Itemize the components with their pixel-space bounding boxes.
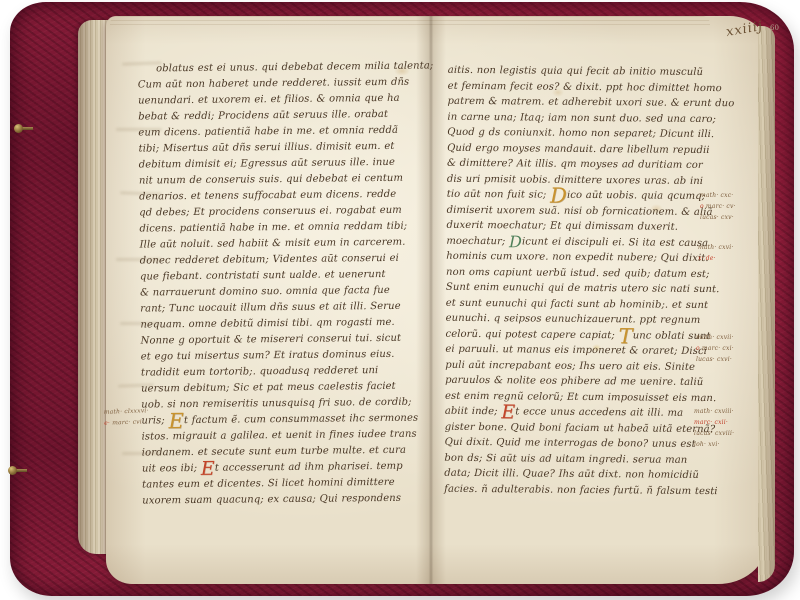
text-line: lucas· cxvi· xyxy=(696,354,734,365)
text-line: marc· cxii· xyxy=(694,417,734,428)
margin-note-canon-1: math· cxc·o marc· cv·lucas· cxv· xyxy=(700,190,736,223)
text-line: x· de· xyxy=(698,253,734,264)
text-line: o marc· cxi· xyxy=(696,343,734,354)
text-line: uenundari. et uxorem ei. et filios. & om… xyxy=(138,90,432,109)
text-line: math· cxvi· xyxy=(698,242,734,253)
text-line: ei paruuli. ut manus eis imponeret & ora… xyxy=(445,342,729,360)
text-line: hominis cum uxore. non expedit nubere; Q… xyxy=(446,249,730,267)
text-line: Qui dixit. Quid me interrogas de bono? u… xyxy=(445,435,729,453)
text-line: & dimittere? Ait illis. qm moyses ad dur… xyxy=(447,156,731,174)
text-line: et ego tui misertus sum? Et iratus domin… xyxy=(141,346,435,365)
text-line: eunuchi. q seipsos eunuchizauerunt. ppt … xyxy=(446,311,730,329)
text-line: math· cxc· xyxy=(700,190,736,201)
margin-note-canon-4: math· cxviii·marc· cxii·lucas· cxviii·io… xyxy=(694,406,734,450)
text-line: e· marc· cvi· xyxy=(104,416,149,429)
text-line: lucas· cxv· xyxy=(700,212,736,223)
left-page-text: oblatus est ei unus. qui debebat decem m… xyxy=(138,58,437,509)
clasp-pin-head xyxy=(8,466,17,475)
margin-note-left: math· clxxxvi·e· marc· cvi· xyxy=(104,405,150,429)
margin-note-canon-3: math· cxvii·o marc· cxi·lucas· cxvi· xyxy=(696,332,734,365)
text-line: math· cxviii· xyxy=(694,406,734,417)
margin-note-canon-2: math· cxvi·x· de· xyxy=(698,242,734,264)
text-line: tio aūt non fuit sic; Dico aūt uobis. qu… xyxy=(447,187,731,205)
photo-background: xxiiij 60 oblatus est ei unus. qui debeb… xyxy=(0,0,800,600)
text-line: data; Dicit illi. Quae? Ihs aūt dixt. no… xyxy=(444,466,728,484)
text-line: facies. ñ adulterabis. non facies furtũ.… xyxy=(444,481,728,499)
text-line: donec redderet debitum; Videntes aūt con… xyxy=(140,250,434,269)
folio-number: 60 xyxy=(770,24,779,32)
text-line: ioh· xvi· xyxy=(694,439,734,450)
open-pages: xxiiij 60 oblatus est ei unus. qui debeb… xyxy=(106,16,766,584)
clasp-pin-head xyxy=(14,124,23,133)
text-line: abiit inde; Et ecce unus accedens ait il… xyxy=(445,404,729,422)
text-line: lucas· cxviii· xyxy=(694,428,734,439)
manuscript-book: xxiiij 60 oblatus est ei unus. qui debeb… xyxy=(10,2,794,596)
text-line: uxorem suam quacunq; ex causa; Qui respo… xyxy=(142,490,436,509)
text-line: paruulos & nolite eos phibere ad me ueni… xyxy=(445,373,729,391)
text-line: duxerit moechatur; Et qui dimissam duxer… xyxy=(446,218,730,236)
text-line: math· cxvii· xyxy=(696,332,734,343)
text-line: aitis. non legistis quia qui fecit ab in… xyxy=(448,63,732,81)
text-line: Sunt enim eunuchi qui de matris utero si… xyxy=(446,280,730,298)
text-line: patrem & matrem. et adherebit uxori sue.… xyxy=(447,94,731,112)
text-line: Quod g ds coniunxit. homo non separet; D… xyxy=(447,125,731,143)
text-line: o marc· cv· xyxy=(700,201,736,212)
top-page-edges xyxy=(110,16,710,28)
right-page-text: aitis. non legistis quia qui fecit ab in… xyxy=(444,63,732,499)
right-page-edges xyxy=(758,26,775,582)
